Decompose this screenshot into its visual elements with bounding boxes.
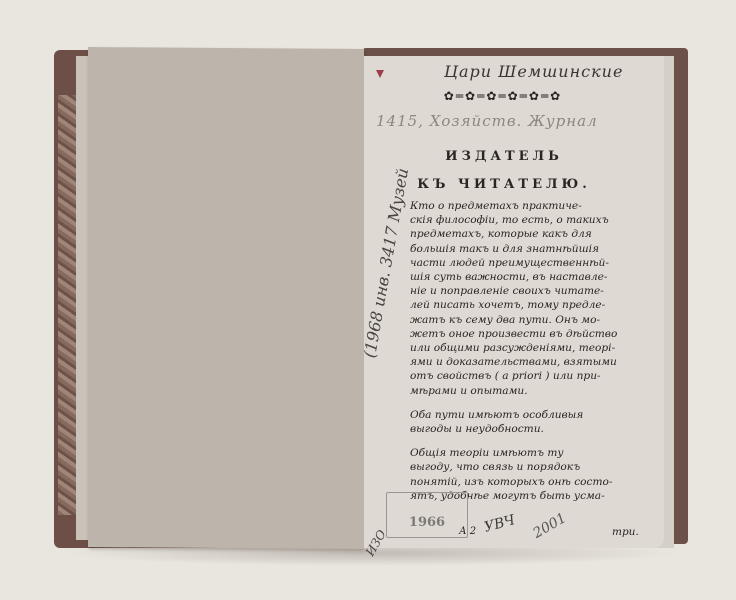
printed-page: Цари Шемшинские ✿═✿═✿═✿═✿═✿ 1415, Хозяйс… bbox=[364, 56, 664, 548]
catchword: три. bbox=[612, 526, 639, 538]
red-triangle-mark-icon bbox=[376, 70, 384, 78]
library-stamp: 1966 bbox=[386, 492, 468, 538]
paragraph-2: Оба пути имѣютъ особливыя выгоды и неудо… bbox=[384, 408, 636, 436]
floral-ornament-band: ✿═✿═✿═✿═✿═✿ bbox=[394, 89, 612, 103]
pencil-inventory-note: 1415, Хозяйств. Журнал bbox=[376, 112, 598, 130]
blank-flyleaf bbox=[88, 47, 364, 549]
paragraph-1: Кто о предметахъ практиче- скія философі… bbox=[384, 199, 636, 398]
page-heading: ИЗДАТЕЛЬ bbox=[364, 149, 644, 164]
bottom-handwriting-year: 2001 bbox=[530, 510, 569, 542]
page-body: Кто о предметахъ практиче- скія философі… bbox=[384, 199, 636, 513]
bottom-handwriting-initials: УВЧ bbox=[482, 512, 516, 536]
handwritten-owner-note: Цари Шемшинские bbox=[444, 62, 623, 81]
signature-mark: А 2 bbox=[459, 526, 476, 537]
